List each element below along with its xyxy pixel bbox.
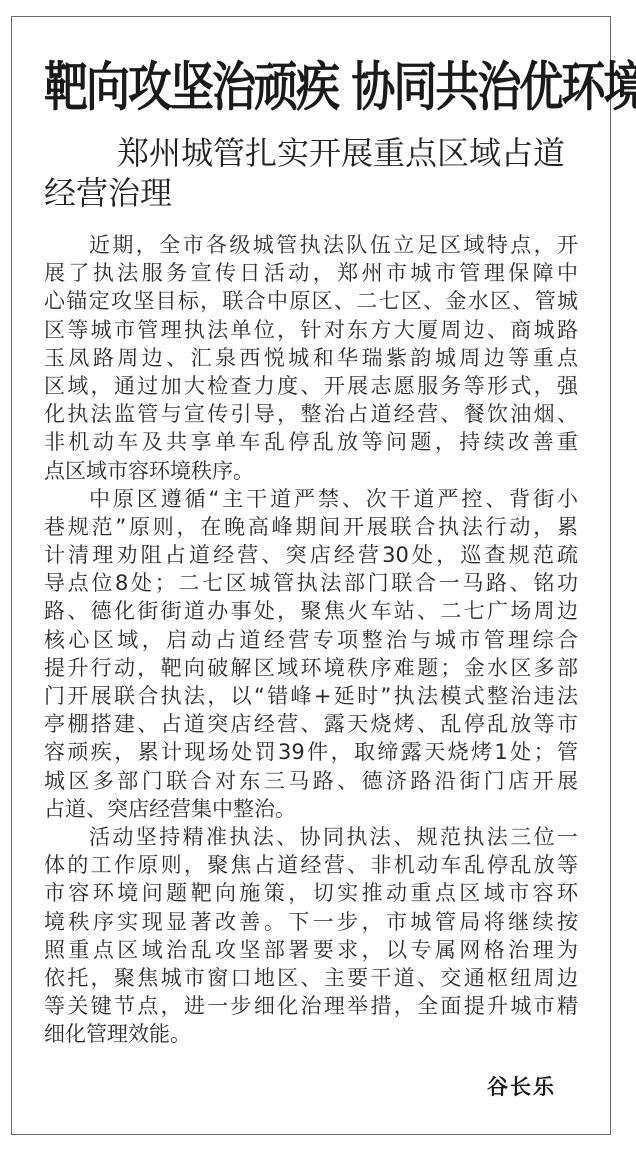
- body-line: 活动坚持精准执法、协同执法、规范执法三位一: [44, 823, 578, 851]
- body-line: 化执法监管与宣传引导，整治占道经营、餐饮油烟、: [44, 400, 578, 428]
- body-line: 亭棚搭建、占道突店经营、露天烧烤、乱停乱放等市: [44, 710, 578, 738]
- body-line: 容顽疾，累计现场处罚39件，取缔露天烧烤1处；管: [44, 738, 578, 766]
- body-line: 导点位8处；二七区城管执法部门联合一马路、铭功: [44, 569, 578, 597]
- body-line: 境秩序实现显著改善。下一步，市城管局将继续按: [44, 908, 578, 936]
- body-line: 玉凤路周边、汇泉西悦城和华瑞紫韵城周边等重点: [44, 344, 578, 372]
- author-byline: 谷长乐: [487, 1071, 556, 1101]
- body-line: 占道、突店经营集中整治。: [44, 795, 578, 823]
- subheadline: 郑州城管扎实开展重点区域占道 经营治理: [44, 133, 578, 213]
- body-line: 城区多部门联合对东三马路、德济路沿街门店开展: [44, 767, 578, 795]
- body-line: 区域，通过加大检查力度、开展志愿服务等形式，强: [44, 372, 578, 400]
- body-line: 近期，全市各级城管执法队伍立足区域特点，开: [44, 231, 578, 259]
- body-line: 照重点区域治乱攻坚部署要求，以专属网格治理为: [44, 936, 578, 964]
- article-body: 近期，全市各级城管执法队伍立足区域特点，开 展了执法服务宣传日活动，郑州市城市管…: [44, 231, 578, 1048]
- body-line: 展了执法服务宣传日活动，郑州市城市管理保障中: [44, 259, 578, 287]
- body-line: 区等城市管理执法单位，针对东方大厦周边、商城路: [44, 316, 578, 344]
- body-line: 心锚定攻坚目标，联合中原区、二七区、金水区、管城: [44, 287, 578, 315]
- body-line: 计清理劝阻占道经营、突店经营30处，巡查规范疏: [44, 541, 578, 569]
- body-line: 路、德化街街道办事处，聚焦火车站、二七广场周边: [44, 597, 578, 625]
- body-line: 非机动车及共享单车乱停乱放等问题，持续改善重: [44, 428, 578, 456]
- headline: 靶向攻坚治顽疾 协同共治优环境: [44, 52, 578, 124]
- body-line: 等关键节点，进一步细化治理举措，全面提升城市精: [44, 992, 578, 1020]
- body-line: 体的工作原则，聚焦占道经营、非机动车乱停乱放等: [44, 851, 578, 879]
- body-line: 市容环境问题靶向施策，切实推动重点区域市容环: [44, 879, 578, 907]
- subheadline-line: 郑州城管扎实开展重点区域占道: [44, 133, 578, 173]
- body-line: 点区域市容环境秩序。: [44, 457, 578, 485]
- body-line: 巷规范”原则，在晚高峰期间开展联合执法行动，累: [44, 513, 578, 541]
- body-line: 核心区域，启动占道经营专项整治与城市管理综合: [44, 626, 578, 654]
- body-line: 中原区遵循“主干道严禁、次干道严控、背街小: [44, 485, 578, 513]
- body-line: 依托，聚焦城市窗口地区、主要干道、交通枢纽周边: [44, 964, 578, 992]
- body-line: 细化管理效能。: [44, 1020, 578, 1048]
- body-line: 门开展联合执法，以“错峰+延时”执法模式整治违法: [44, 682, 578, 710]
- body-line: 提升行动，靶向破解区域环境秩序难题；金水区多部: [44, 654, 578, 682]
- subheadline-line: 经营治理: [44, 173, 578, 213]
